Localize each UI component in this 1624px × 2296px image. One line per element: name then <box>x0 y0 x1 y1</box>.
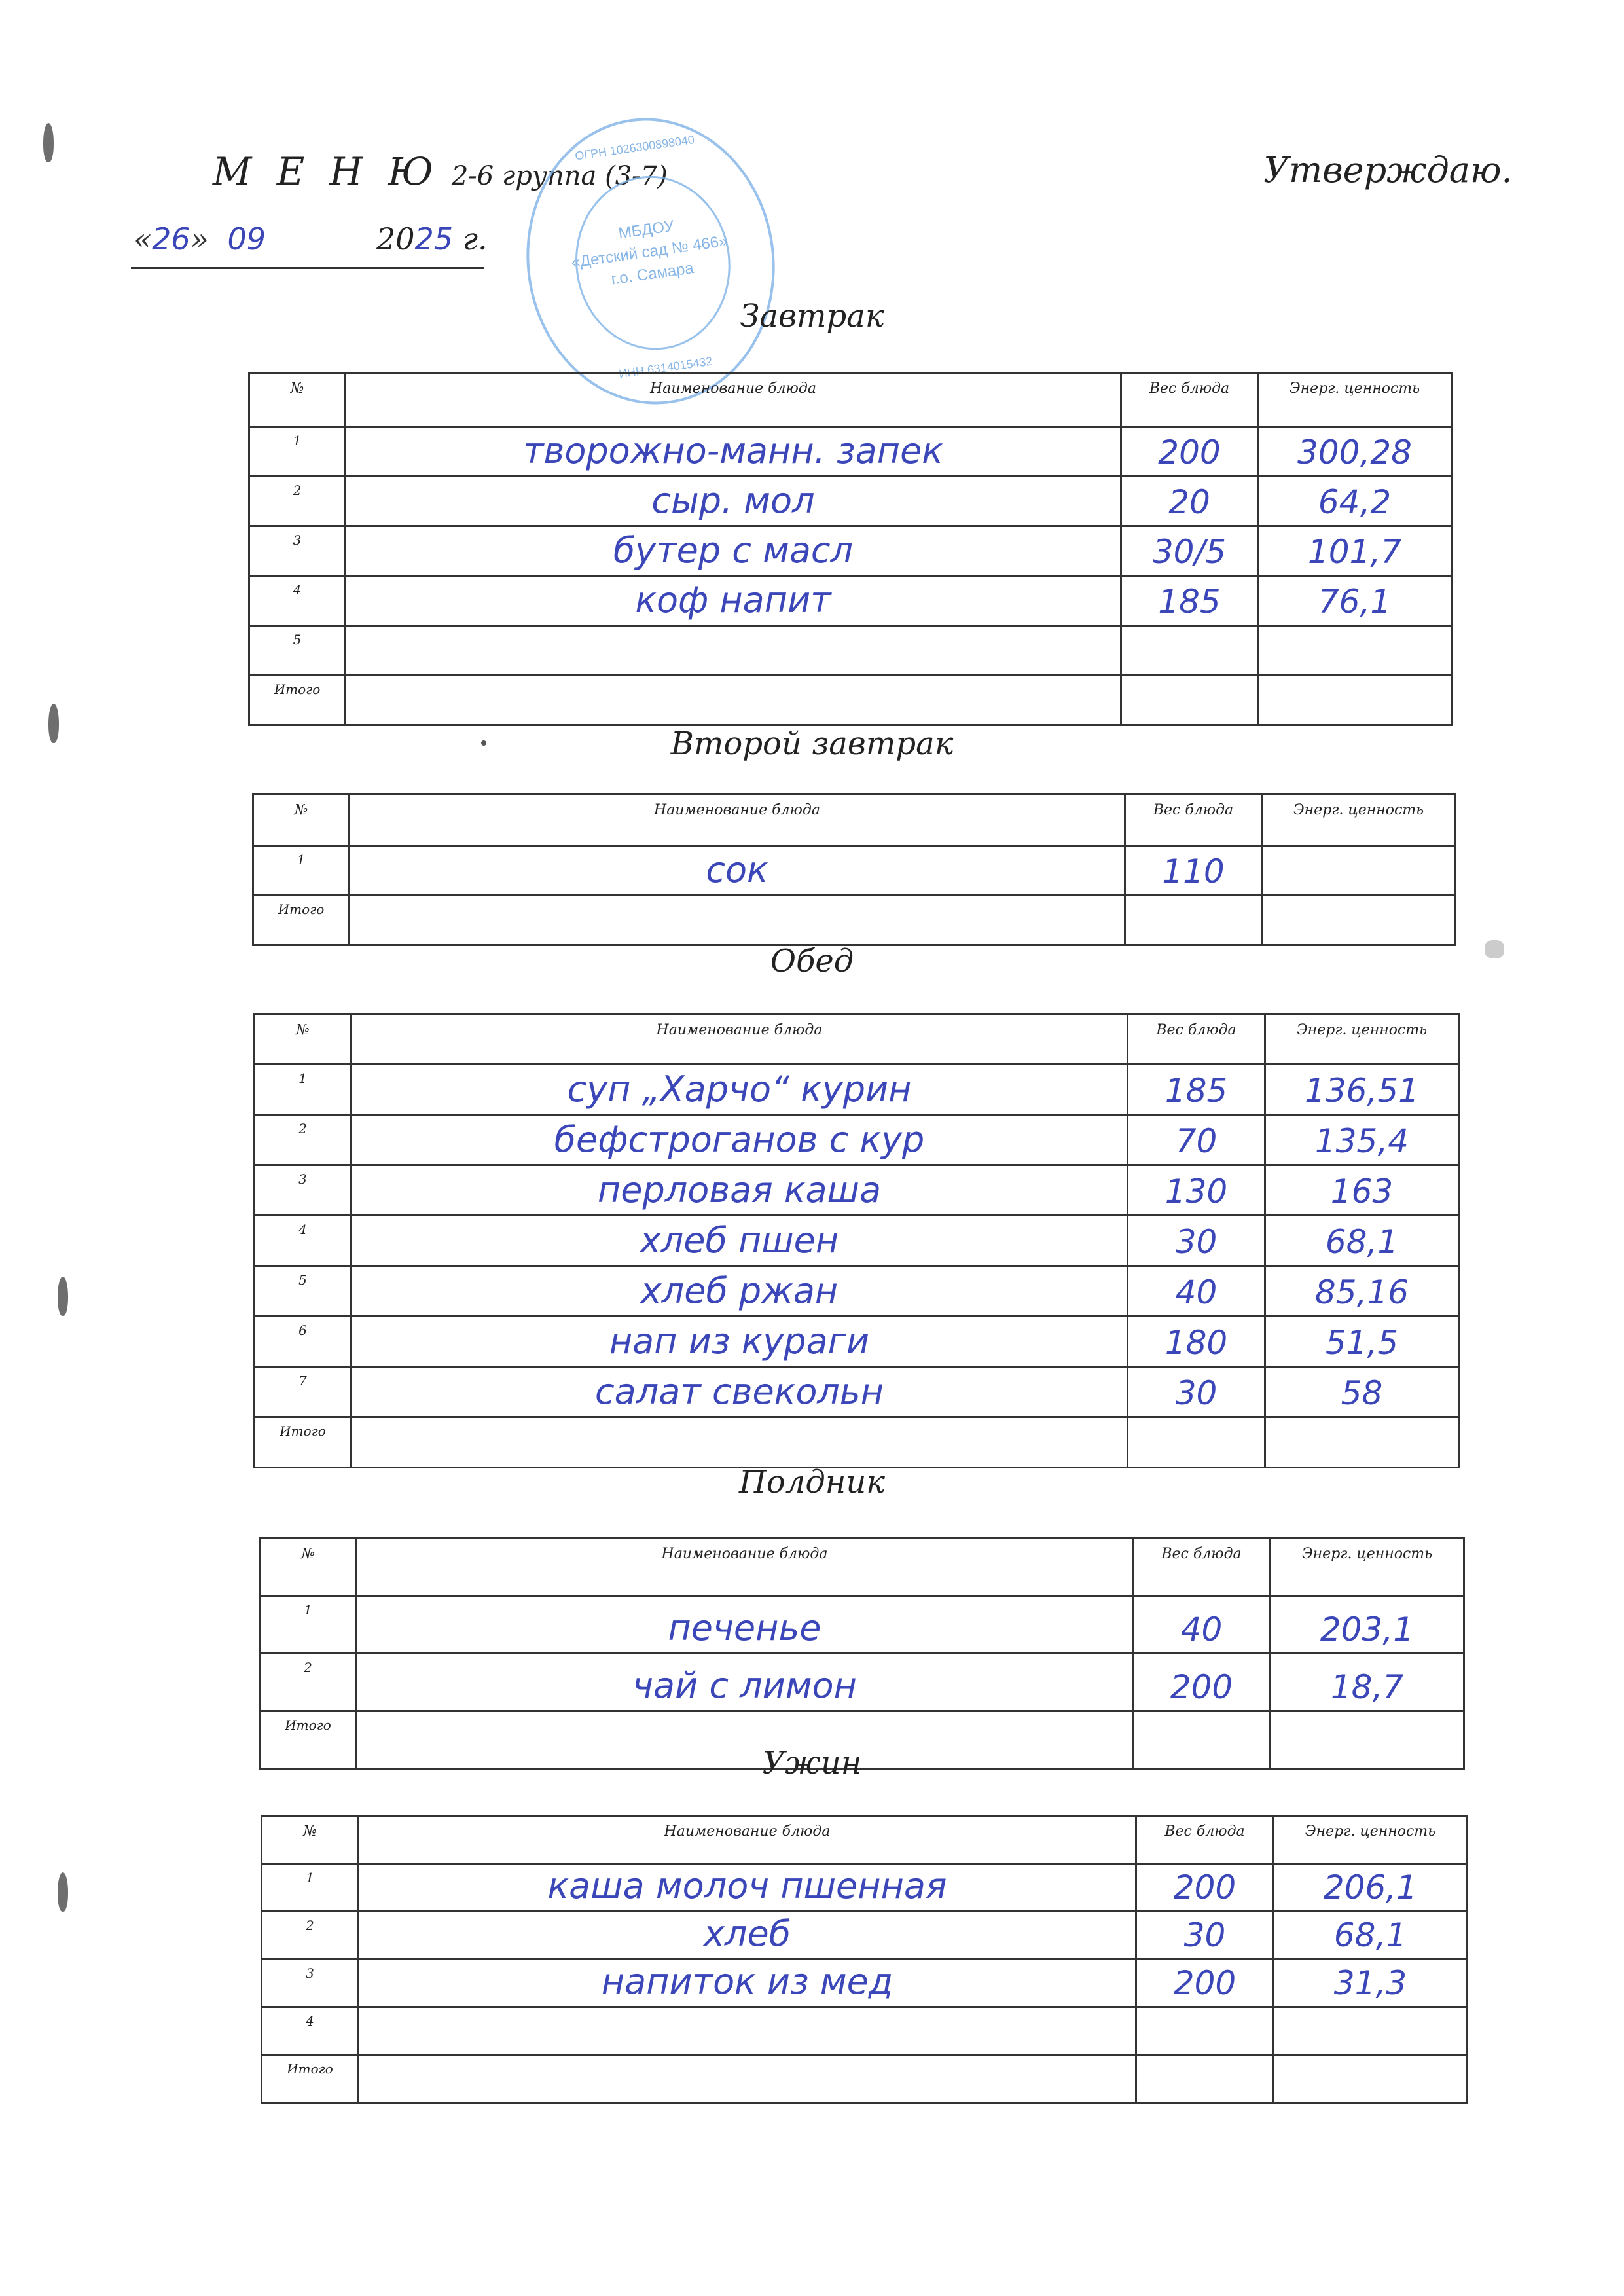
meal-table: №Наименование блюдаВес блюдаЭнерг. ценно… <box>252 793 1456 946</box>
row-number: 1 <box>253 846 350 896</box>
cell-energy: 300,28 <box>1258 427 1452 477</box>
dish-weight: 40 <box>1128 1273 1264 1311</box>
menu-title-text: М Е Н Ю <box>213 149 440 194</box>
dish-energy: 300,28 <box>1259 433 1451 471</box>
section-title: Ужин <box>0 1745 1624 1781</box>
cell-weight: 185 <box>1128 1065 1265 1115</box>
cell-energy: 58 <box>1265 1367 1459 1417</box>
table-row: 5хлеб ржан4085,16 <box>255 1266 1459 1317</box>
table-total-row: Итого <box>255 1417 1459 1468</box>
cell-energy: 206,1 <box>1274 1864 1468 1912</box>
column-header-weight: Вес блюда <box>1128 1015 1265 1065</box>
cell-weight: 200 <box>1136 1959 1274 2007</box>
table-row: 1печенье40203,1 <box>260 1596 1464 1654</box>
cell-energy: 51,5 <box>1265 1317 1459 1367</box>
cell-energy <box>1258 676 1452 725</box>
column-header-energy: Энерг. ценность <box>1262 795 1456 846</box>
cell-weight: 30 <box>1128 1216 1265 1266</box>
column-header-weight: Вес блюда <box>1136 1816 1274 1864</box>
dish-name: коф напит <box>346 579 1120 621</box>
column-header-name: Наименование блюда <box>359 1816 1136 1864</box>
row-number: 1 <box>262 1864 359 1912</box>
dish-energy: 31,3 <box>1274 1964 1466 2002</box>
table-row: 7салат свекольн3058 <box>255 1367 1459 1417</box>
cell-energy: 85,16 <box>1265 1266 1459 1317</box>
row-number: 1 <box>249 427 346 477</box>
cell-weight <box>1136 2055 1274 2103</box>
table-row: 2чай с лимон20018,7 <box>260 1654 1464 1711</box>
cell-weight <box>1128 1417 1265 1468</box>
table-row: 2бефстроганов с кур70135,4 <box>255 1115 1459 1165</box>
dish-energy: 135,4 <box>1266 1122 1458 1160</box>
table-row: 2хлеб3068,1 <box>262 1912 1468 1959</box>
dish-name: суп „Харчо“ курин <box>352 1068 1127 1110</box>
cell-weight: 200 <box>1133 1654 1271 1711</box>
punch-hole-mark <box>43 123 54 162</box>
column-header-num: № <box>253 795 350 846</box>
cell-name: сок <box>350 846 1125 896</box>
section-title: Второй завтрак <box>0 725 1624 762</box>
column-header-name: Наименование блюда <box>346 373 1121 427</box>
section-title: Полдник <box>0 1464 1624 1501</box>
column-header-num: № <box>260 1539 357 1596</box>
section-title: Обед <box>0 943 1624 979</box>
table-row: 3напиток из мед20031,3 <box>262 1959 1468 2007</box>
cell-energy: 76,1 <box>1258 576 1452 626</box>
table-row: 1творожно-манн. запек200300,28 <box>249 427 1452 477</box>
cell-weight: 40 <box>1133 1596 1271 1654</box>
dish-energy: 101,7 <box>1259 533 1451 571</box>
cell-weight: 40 <box>1128 1266 1265 1317</box>
cell-name <box>352 1417 1128 1468</box>
table-row: 1сок110 <box>253 846 1456 896</box>
dish-weight: 70 <box>1128 1122 1264 1160</box>
row-number: 7 <box>255 1367 352 1417</box>
quote-open: « <box>134 221 152 257</box>
dish-weight: 40 <box>1134 1611 1269 1649</box>
dish-weight: 200 <box>1137 1964 1272 2002</box>
cell-weight: 130 <box>1128 1165 1265 1216</box>
table-row: 1каша молоч пшенная200206,1 <box>262 1864 1468 1912</box>
date-line: «26» 09 2025 г. <box>131 216 484 269</box>
cell-weight: 185 <box>1121 576 1258 626</box>
row-number: 4 <box>262 2007 359 2055</box>
cell-weight <box>1121 626 1258 676</box>
column-header-weight: Вес блюда <box>1121 373 1258 427</box>
meal-table: №Наименование блюдаВес блюдаЭнерг. ценно… <box>253 1013 1460 1468</box>
dish-name: каша молоч пшенная <box>359 1865 1135 1906</box>
table-header-row: №Наименование блюдаВес блюдаЭнерг. ценно… <box>253 795 1456 846</box>
table-header-row: №Наименование блюдаВес блюдаЭнерг. ценно… <box>262 1816 1468 1864</box>
cell-name: салат свекольн <box>352 1367 1128 1417</box>
cell-energy: 64,2 <box>1258 477 1452 526</box>
year-prefix: 20 <box>376 221 415 257</box>
dish-weight: 200 <box>1122 433 1257 471</box>
total-label: Итого <box>249 676 346 725</box>
dish-weight: 200 <box>1137 1868 1272 1906</box>
dish-name: хлеб <box>359 1913 1135 1954</box>
cell-energy <box>1274 2055 1468 2103</box>
cell-energy: 31,3 <box>1274 1959 1468 2007</box>
cell-name: перловая каша <box>352 1165 1128 1216</box>
table-row: 4хлеб пшен3068,1 <box>255 1216 1459 1266</box>
cell-name: хлеб пшен <box>352 1216 1128 1266</box>
row-number: 2 <box>249 477 346 526</box>
dish-weight: 30 <box>1128 1374 1264 1412</box>
dish-energy: 68,1 <box>1274 1916 1466 1954</box>
cell-energy: 18,7 <box>1271 1654 1464 1711</box>
row-number: 6 <box>255 1317 352 1367</box>
table-header-row: №Наименование блюдаВес блюдаЭнерг. ценно… <box>249 373 1452 427</box>
row-number: 5 <box>249 626 346 676</box>
table-row: 6нап из кураги18051,5 <box>255 1317 1459 1367</box>
cell-energy <box>1258 626 1452 676</box>
date-month: 09 <box>227 221 266 257</box>
cell-name <box>359 2055 1136 2103</box>
row-number: 2 <box>262 1912 359 1959</box>
cell-weight: 110 <box>1125 846 1262 896</box>
cell-energy: 163 <box>1265 1165 1459 1216</box>
cell-name: суп „Харчо“ курин <box>352 1065 1128 1115</box>
dish-energy: 76,1 <box>1259 583 1451 621</box>
column-header-name: Наименование блюда <box>357 1539 1133 1596</box>
table-row: 4 <box>262 2007 1468 2055</box>
dish-name: бутер с масл <box>346 530 1120 571</box>
cell-weight: 70 <box>1128 1115 1265 1165</box>
table-row: 2сыр. мол2064,2 <box>249 477 1452 526</box>
cell-name: напиток из мед <box>359 1959 1136 2007</box>
cell-weight: 200 <box>1121 427 1258 477</box>
cell-name: чай с лимон <box>357 1654 1133 1711</box>
cell-name: каша молоч пшенная <box>359 1864 1136 1912</box>
column-header-weight: Вес блюда <box>1125 795 1262 846</box>
cell-weight <box>1121 676 1258 725</box>
approve-label: Утверждаю. <box>1263 149 1513 191</box>
cell-name: нап из кураги <box>352 1317 1128 1367</box>
column-header-weight: Вес блюда <box>1133 1539 1271 1596</box>
dish-energy: 68,1 <box>1266 1223 1458 1261</box>
dish-name: салат свекольн <box>352 1371 1127 1412</box>
column-header-energy: Энерг. ценность <box>1258 373 1452 427</box>
table-header-row: №Наименование блюдаВес блюдаЭнерг. ценно… <box>255 1015 1459 1065</box>
cell-weight: 30/5 <box>1121 526 1258 576</box>
dish-weight: 200 <box>1134 1668 1269 1706</box>
table-row: 5 <box>249 626 1452 676</box>
dish-weight: 20 <box>1122 483 1257 521</box>
dish-name: хлеб пшен <box>352 1220 1127 1261</box>
cell-name: коф напит <box>346 576 1121 626</box>
row-number: 2 <box>260 1654 357 1711</box>
column-header-num: № <box>249 373 346 427</box>
cell-name <box>346 626 1121 676</box>
punch-hole-mark <box>58 1872 68 1912</box>
total-label: Итого <box>255 1417 352 1468</box>
section-title: Завтрак <box>0 298 1624 335</box>
cell-energy: 203,1 <box>1271 1596 1464 1654</box>
column-header-num: № <box>255 1015 352 1065</box>
dish-weight: 180 <box>1128 1324 1264 1362</box>
punch-hole-mark <box>58 1277 68 1316</box>
table-header-row: №Наименование блюдаВес блюдаЭнерг. ценно… <box>260 1539 1464 1596</box>
row-number: 4 <box>249 576 346 626</box>
column-header-energy: Энерг. ценность <box>1265 1015 1459 1065</box>
table-total-row: Итого <box>253 896 1456 945</box>
dish-name: сок <box>350 849 1124 890</box>
cell-energy: 68,1 <box>1274 1912 1468 1959</box>
meal-table: №Наименование блюдаВес блюдаЭнерг. ценно… <box>259 1537 1465 1770</box>
dish-energy: 18,7 <box>1271 1668 1463 1706</box>
dish-energy: 85,16 <box>1266 1273 1458 1311</box>
table-row: 3бутер с масл30/5101,7 <box>249 526 1452 576</box>
dish-energy: 58 <box>1266 1374 1458 1412</box>
dish-energy: 206,1 <box>1274 1868 1466 1906</box>
dish-name: творожно-манн. запек <box>346 430 1120 471</box>
dish-weight: 110 <box>1126 852 1261 890</box>
dish-energy: 163 <box>1266 1173 1458 1211</box>
dish-name: напиток из мед <box>359 1961 1135 2002</box>
row-number: 5 <box>255 1266 352 1317</box>
cell-energy <box>1274 2007 1468 2055</box>
date-year: 2025 г. <box>376 221 488 257</box>
table-row: 1суп „Харчо“ курин185136,51 <box>255 1065 1459 1115</box>
date-day-month: «26» 09 <box>134 221 266 257</box>
quote-close: » <box>190 221 209 257</box>
year-suffix: г. <box>463 221 488 257</box>
cell-name <box>346 676 1121 725</box>
dish-weight: 185 <box>1122 583 1257 621</box>
row-number: 2 <box>255 1115 352 1165</box>
row-number: 3 <box>262 1959 359 2007</box>
dish-name: нап из кураги <box>352 1321 1127 1362</box>
column-header-energy: Энерг. ценность <box>1271 1539 1464 1596</box>
dish-weight: 130 <box>1128 1173 1264 1211</box>
cell-name: хлеб <box>359 1912 1136 1959</box>
dish-energy: 203,1 <box>1271 1611 1463 1649</box>
meal-table: №Наименование блюдаВес блюдаЭнерг. ценно… <box>261 1815 1468 2104</box>
row-number: 1 <box>255 1065 352 1115</box>
dish-name: сыр. мол <box>346 480 1120 521</box>
row-number: 3 <box>255 1165 352 1216</box>
cell-energy: 68,1 <box>1265 1216 1459 1266</box>
column-header-name: Наименование блюда <box>352 1015 1128 1065</box>
cell-energy <box>1262 846 1456 896</box>
dish-name: печенье <box>357 1607 1132 1649</box>
table-row: 4коф напит18576,1 <box>249 576 1452 626</box>
cell-weight: 180 <box>1128 1317 1265 1367</box>
row-number: 4 <box>255 1216 352 1266</box>
stamp-ogrn: ОГРН 1026300898040 <box>527 126 743 170</box>
dish-weight: 30/5 <box>1122 533 1257 571</box>
cell-energy: 136,51 <box>1265 1065 1459 1115</box>
dish-name: перловая каша <box>352 1169 1127 1211</box>
total-label: Итого <box>253 896 350 945</box>
cell-energy: 135,4 <box>1265 1115 1459 1165</box>
meal-table: №Наименование блюдаВес блюдаЭнерг. ценно… <box>248 372 1453 726</box>
cell-weight <box>1136 2007 1274 2055</box>
dish-energy: 64,2 <box>1259 483 1451 521</box>
cell-name <box>359 2007 1136 2055</box>
table-total-row: Итого <box>249 676 1452 725</box>
cell-weight: 30 <box>1136 1912 1274 1959</box>
row-number: 1 <box>260 1596 357 1654</box>
column-header-energy: Энерг. ценность <box>1274 1816 1468 1864</box>
dish-energy: 136,51 <box>1266 1072 1458 1110</box>
dish-name: бефстроганов с кур <box>352 1119 1127 1160</box>
dish-weight: 185 <box>1128 1072 1264 1110</box>
cell-weight <box>1125 896 1262 945</box>
cell-weight: 20 <box>1121 477 1258 526</box>
cell-name: печенье <box>357 1596 1133 1654</box>
column-header-name: Наименование блюда <box>350 795 1125 846</box>
cell-energy: 101,7 <box>1258 526 1452 576</box>
date-day: 26 <box>152 221 190 257</box>
column-header-num: № <box>262 1816 359 1864</box>
total-label: Итого <box>262 2055 359 2103</box>
cell-weight: 200 <box>1136 1864 1274 1912</box>
dish-name: чай с лимон <box>357 1665 1132 1706</box>
table-total-row: Итого <box>262 2055 1468 2103</box>
dish-weight: 30 <box>1137 1916 1272 1954</box>
dish-energy: 51,5 <box>1266 1324 1458 1362</box>
cell-name <box>350 896 1125 945</box>
cell-name: бутер с масл <box>346 526 1121 576</box>
table-row: 3перловая каша130163 <box>255 1165 1459 1216</box>
cell-name: творожно-манн. запек <box>346 427 1121 477</box>
cell-name: хлеб ржан <box>352 1266 1128 1317</box>
dish-name: хлеб ржан <box>352 1270 1127 1311</box>
cell-weight: 30 <box>1128 1367 1265 1417</box>
dish-weight: 30 <box>1128 1223 1264 1261</box>
row-number: 3 <box>249 526 346 576</box>
year-handwritten: 25 <box>415 221 454 257</box>
cell-name: бефстроганов с кур <box>352 1115 1128 1165</box>
cell-energy <box>1262 896 1456 945</box>
cell-energy <box>1265 1417 1459 1468</box>
cell-name: сыр. мол <box>346 477 1121 526</box>
